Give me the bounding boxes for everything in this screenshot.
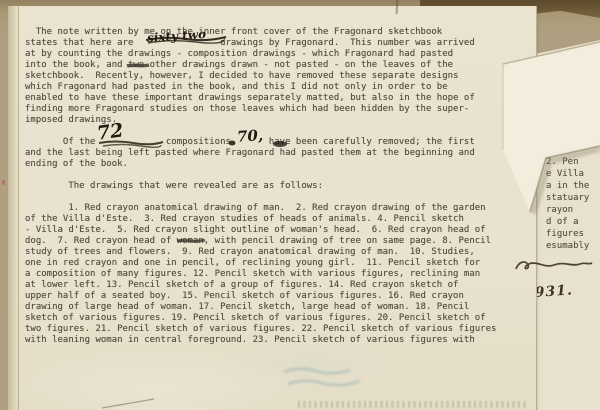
typed-line: 1. Red crayon anatomical drawing of man.… bbox=[25, 203, 525, 214]
typed-line: upper half of a seated boy. 15. Pencil s… bbox=[25, 291, 525, 302]
typed-line: enabled to have these important drawings… bbox=[25, 93, 525, 104]
typed-text-block: The note written by me on the inner fron… bbox=[25, 27, 525, 346]
typed-line: one in red crayon and one in pencil, of … bbox=[25, 258, 525, 269]
ink-strikethrough bbox=[126, 62, 150, 70]
pencil-mark bbox=[100, 396, 156, 410]
typed-line: - Villa d'Este. 5. Red crayon slight out… bbox=[25, 225, 525, 236]
truncated-typed-line: figures bbox=[546, 228, 589, 240]
paragraph-1: The note written by me on the inner fron… bbox=[25, 27, 525, 126]
ghost-text-smudge bbox=[298, 401, 526, 408]
typed-note-page: The note written by me on the inner fron… bbox=[8, 6, 537, 410]
typed-line: two figures. 21. Pencil sketch of variou… bbox=[25, 324, 525, 335]
typed-line: which Fragonard had pasted in the book, … bbox=[25, 82, 525, 93]
ink-strikethrough bbox=[99, 138, 165, 148]
typed-line: at lower left. 13. Pencil sketch of a gr… bbox=[25, 280, 525, 291]
ink-blot bbox=[228, 136, 288, 150]
red-edge-mark bbox=[2, 180, 5, 185]
typed-line: The note written by me on the inner fron… bbox=[25, 27, 525, 38]
typed-line: finding more Fragonard studies on those … bbox=[25, 104, 525, 115]
paragraph-3: The drawings that were revealed are as f… bbox=[25, 181, 525, 192]
typed-line: with leaning woman in central foreground… bbox=[25, 335, 525, 346]
typed-line: a composition of many figures. 12. Penci… bbox=[25, 269, 525, 280]
typed-line: ending of the book. bbox=[25, 159, 525, 170]
signature-flourish bbox=[514, 256, 594, 274]
typed-line: study of trees and flowers. 9. Red crayo… bbox=[25, 247, 525, 258]
typed-line: sketchbook. Recently, however, I decided… bbox=[25, 71, 525, 82]
typed-line: sketch of various figures. 19. Pencil sk… bbox=[25, 313, 525, 324]
ink-showthrough-smudge bbox=[280, 364, 366, 394]
typed-line: of the Villa d'Este. 3. Red crayon studi… bbox=[25, 214, 525, 225]
paragraph-4: 1. Red crayon anatomical drawing of man.… bbox=[25, 203, 525, 346]
typed-line: at by counting the drawings - compositio… bbox=[25, 49, 525, 60]
ink-strikethrough bbox=[176, 237, 206, 245]
document-photo: 2. Pen e Villa a in the statuary rayon d… bbox=[0, 0, 600, 410]
typed-line: dog. 7. Red crayon head of woman, with p… bbox=[25, 236, 525, 247]
typed-line: The drawings that were revealed are as f… bbox=[25, 181, 525, 192]
typed-line: drawing of large head of woman. 17. Penc… bbox=[25, 302, 525, 313]
folded-page-corner bbox=[500, 38, 600, 218]
truncated-typed-line: esumably bbox=[546, 240, 589, 252]
ink-strikethrough bbox=[146, 31, 230, 47]
typed-line: into the book, and two other drawings dr… bbox=[25, 60, 525, 71]
page-left-edge bbox=[8, 6, 19, 410]
typed-line: states that here are drawings by Fragona… bbox=[25, 38, 525, 49]
